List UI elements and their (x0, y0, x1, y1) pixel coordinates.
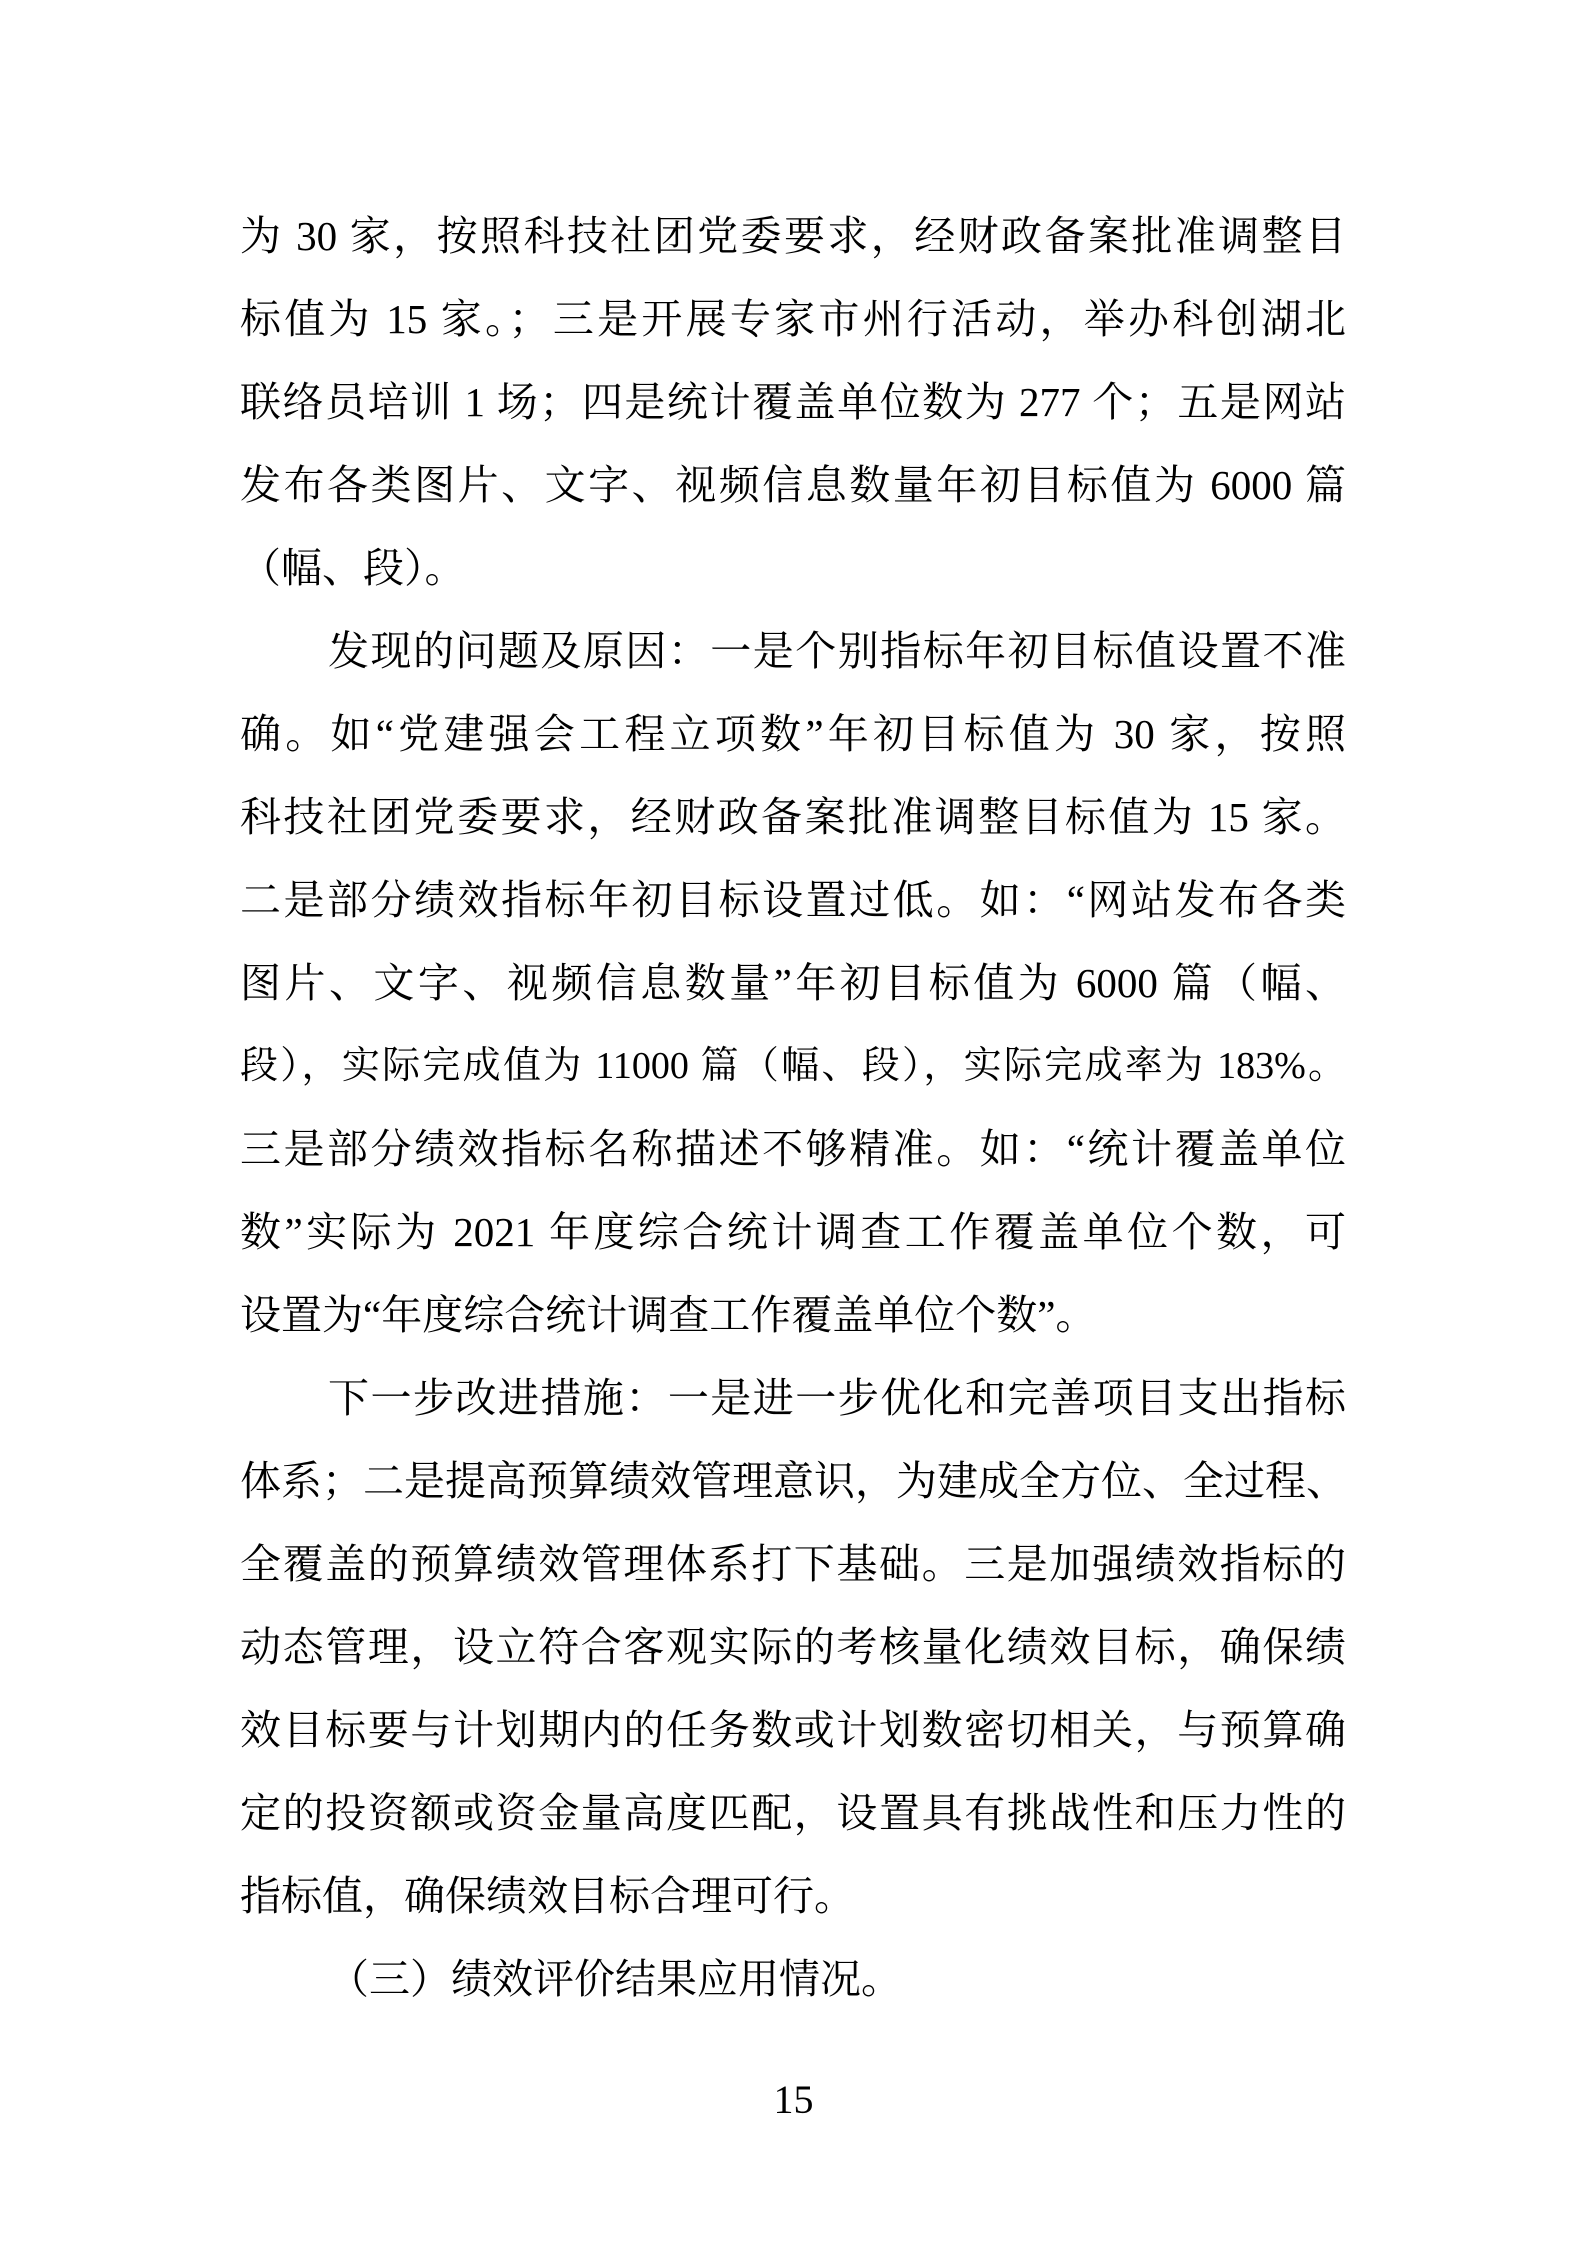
text-line: 科技社团党委要求，经财政备案批准调整目标值为 15 家。 (240, 776, 1346, 859)
text-line: 联络员培训 1 场；四是统计覆盖单位数为 277 个；五是网站 (240, 361, 1346, 444)
text-line: 发现的问题及原因：一是个别指标年初目标值设置不准 (240, 610, 1346, 693)
text-line: 图片、文字、视频信息数量”年初目标值为 6000 篇（幅、 (240, 942, 1346, 1025)
text-line: 确。如“党建强会工程立项数”年初目标值为 30 家，按照 (240, 693, 1346, 776)
document-page: 为 30 家，按照科技社团党委要求，经财政备案批准调整目 标值为 15 家。；三… (0, 0, 1587, 2245)
text-line: 下一步改进措施：一是进一步优化和完善项目支出指标 (240, 1357, 1346, 1440)
text-line: 体系；二是提高预算绩效管理意识，为建成全方位、全过程、 (240, 1440, 1346, 1523)
text-line: 发布各类图片、文字、视频信息数量年初目标值为 6000 篇 (240, 444, 1346, 527)
text-line: 动态管理，设立符合客观实际的考核量化绩效目标，确保绩 (240, 1606, 1346, 1689)
text-line: 标值为 15 家。；三是开展专家市州行活动，举办科创湖北 (240, 278, 1346, 361)
text-line: 全覆盖的预算绩效管理体系打下基础。三是加强绩效指标的 (240, 1523, 1346, 1606)
text-line: 设置为“年度综合统计调查工作覆盖单位个数”。 (240, 1274, 1346, 1357)
text-line: 指标值，确保绩效目标合理可行。 (240, 1855, 1346, 1938)
text-line: （幅、段）。 (240, 527, 1346, 610)
text-line: 数”实际为 2021 年度综合统计调查工作覆盖单位个数，可 (240, 1191, 1346, 1274)
page-number: 15 (0, 2080, 1587, 2120)
section-heading: （三）绩效评价结果应用情况。 (240, 1938, 1346, 2021)
text-line: 段），实际完成值为 11000 篇（幅、段），实际完成率为 183%。 (240, 1025, 1346, 1108)
text-line: 三是部分绩效指标名称描述不够精准。如：“统计覆盖单位 (240, 1108, 1346, 1191)
text-line: 二是部分绩效指标年初目标设置过低。如：“网站发布各类 (240, 859, 1346, 942)
text-line: 为 30 家，按照科技社团党委要求，经财政备案批准调整目 (240, 195, 1346, 278)
text-line: 定的投资额或资金量高度匹配，设置具有挑战性和压力性的 (240, 1772, 1346, 1855)
text-line: 效目标要与计划期内的任务数或计划数密切相关，与预算确 (240, 1689, 1346, 1772)
page-body-text: 为 30 家，按照科技社团党委要求，经财政备案批准调整目 标值为 15 家。；三… (240, 195, 1346, 2021)
